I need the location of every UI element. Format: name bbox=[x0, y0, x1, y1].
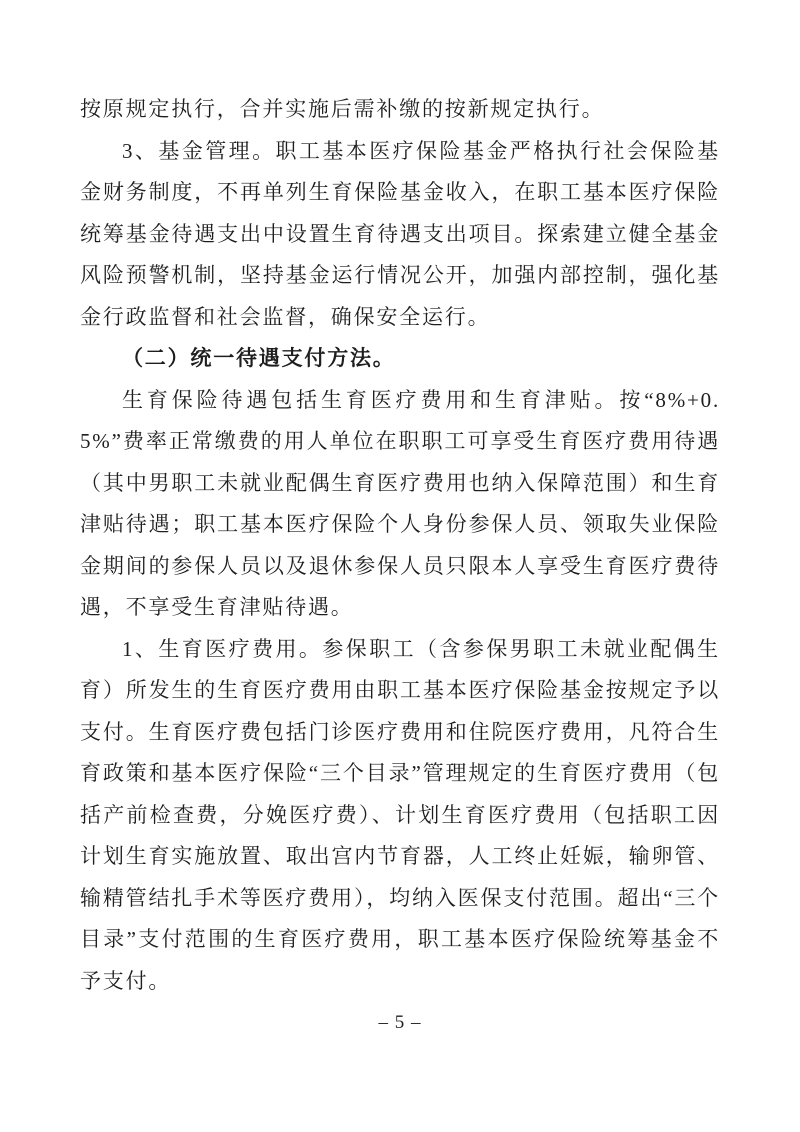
document-body: 按原规定执行，合并实施后需补缴的按新规定执行。 3、基金管理。职工基本医疗保险基… bbox=[80, 89, 720, 1002]
paragraph-fund-management: 3、基金管理。职工基本医疗保险基金严格执行社会保险基金财务制度，不再单列生育保险… bbox=[80, 131, 720, 339]
paragraph-benefit-overview: 生育保险待遇包括生育医疗费用和生育津贴。按“8%+0. 5%”费率正常缴费的用人… bbox=[80, 380, 720, 629]
paragraph-medical-expenses: 1、生育医疗费用。参保职工（含参保男职工未就业配偶生育）所发生的生育医疗费用由职… bbox=[80, 629, 720, 1003]
document-page: 按原规定执行，合并实施后需补缴的按新规定执行。 3、基金管理。职工基本医疗保险基… bbox=[0, 0, 800, 1132]
page-number: – 5 – bbox=[0, 1010, 800, 1036]
paragraph-continuation: 按原规定执行，合并实施后需补缴的按新规定执行。 bbox=[80, 89, 720, 131]
section-heading: （二）统一待遇支付方法。 bbox=[80, 338, 720, 380]
